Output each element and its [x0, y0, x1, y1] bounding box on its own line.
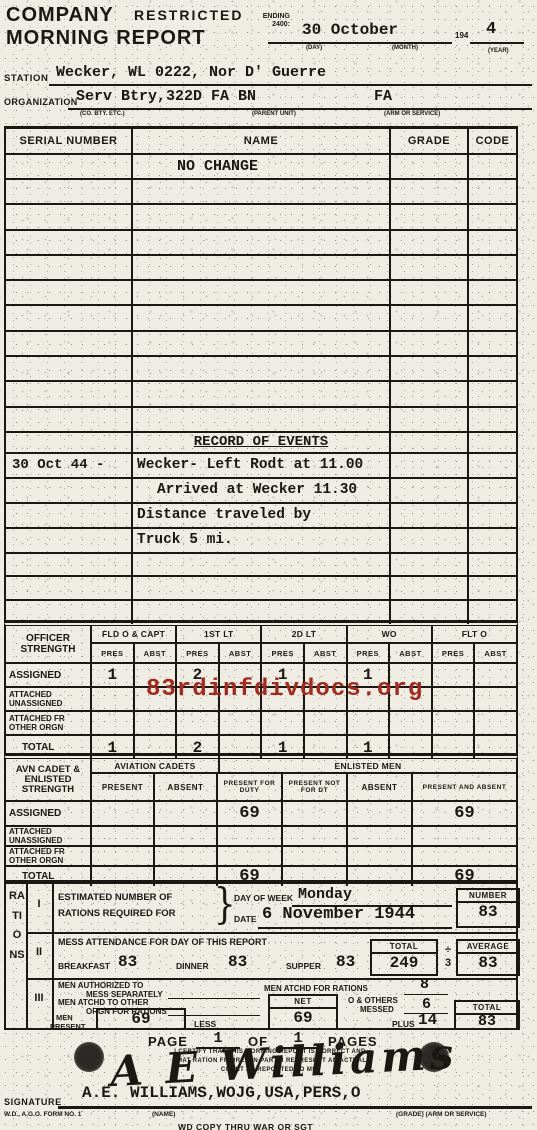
underline — [168, 998, 260, 999]
cell — [153, 847, 216, 865]
cell — [153, 802, 216, 825]
group-aviation-cadets: AVIATION CADETS — [90, 759, 218, 774]
form-title-line1: COMPANY — [6, 4, 114, 27]
station-underline — [49, 84, 532, 86]
subheader-pres: PRES — [346, 644, 389, 662]
blank-row — [6, 577, 516, 601]
enlisted-row-attached-fr-other: ATTACHED FR OTHER ORGN — [6, 847, 516, 867]
col-header-name: NAME — [131, 129, 389, 153]
cell: 1 — [90, 664, 133, 686]
cell — [473, 688, 516, 710]
signature-label: SIGNATURE — [4, 1097, 62, 1107]
divisor: ÷3 — [442, 944, 454, 970]
rations-total-box: TOTAL 83 — [454, 1000, 520, 1030]
subheader-present: PRESENT — [90, 774, 153, 800]
roster-table: SERIAL NUMBER NAME GRADE CODE NO CHANGE … — [4, 126, 518, 622]
number-label: NUMBER — [458, 890, 518, 903]
col-header-serial-number: SERIAL NUMBER — [6, 129, 131, 153]
subheader-present-for-duty: PRESENT FOR DUTY — [216, 774, 281, 800]
year-prefix: 194 — [455, 31, 468, 40]
blank-row — [6, 231, 516, 256]
supper-value: 83 — [336, 953, 355, 971]
rations-row2-numeral: II — [28, 946, 50, 958]
brace: } — [214, 879, 236, 929]
subheader-abst: ABST — [388, 644, 431, 662]
org-caption-unit: (CO. BTY. ETC.) — [80, 111, 125, 117]
subheader-pres: PRES — [431, 644, 474, 662]
grade-arm-caption: (GRADE) (ARM OR SERVICE) — [396, 1111, 487, 1118]
men-atchd-other-line1: MEN ATCHD TO OTHER — [58, 998, 149, 1007]
divider — [26, 978, 516, 980]
date-label: DATE — [234, 914, 257, 924]
row-label: ATTACHED UNASSIGNED — [6, 827, 90, 845]
men-authorized-line1: MEN AUTHORIZED TO — [58, 981, 143, 990]
row-label: ASSIGNED — [6, 802, 90, 825]
subheader-abst: ABST — [133, 644, 176, 662]
punch-hole-left — [74, 1042, 104, 1072]
officer-strength-corner-label: OFFICER STRENGTH — [6, 626, 90, 662]
net-label: NET — [270, 996, 336, 1009]
cell — [218, 712, 261, 734]
cell — [346, 712, 389, 734]
officer-group-flt-o: FLT O — [431, 626, 516, 644]
dinner-label: DINNER — [176, 961, 209, 971]
ending-label-line1: ENDING — [252, 13, 290, 20]
blank-row — [6, 306, 516, 331]
cell — [216, 847, 281, 865]
organization-arm-value: FA — [374, 88, 392, 105]
empty-cell — [6, 479, 131, 502]
plus-label: PLUS — [392, 1019, 415, 1029]
date-underline — [268, 42, 452, 44]
subheader-present-and-absent: PRESENT AND ABSENT — [411, 774, 516, 800]
cell: 69 — [411, 802, 516, 825]
blank-row — [6, 332, 516, 357]
cell — [90, 827, 153, 845]
org-caption-arm: (ARM OR SERVICE) — [384, 111, 440, 117]
row-label: ATTACHED FR OTHER ORGN — [6, 847, 90, 865]
dinner-value: 83 — [228, 953, 247, 971]
cutoff-footer-text: WD COPY THRU WAR OR SGT — [178, 1122, 313, 1130]
row-label: ASSIGNED — [6, 664, 90, 686]
form-title-line2: MORNING REPORT — [6, 27, 206, 50]
day-of-week-label: DAY OF WEEK — [234, 893, 293, 903]
year-caption: (YEAR) — [488, 48, 509, 54]
organization-label: ORGANIZATION — [4, 97, 78, 107]
event-text: Wecker- Left Rodt at 11.00 — [131, 454, 389, 477]
subheader-abst: ABST — [218, 644, 261, 662]
cell — [90, 712, 133, 734]
officer-group-1st-lt: 1ST LT — [175, 626, 260, 644]
total-value: 249 — [372, 954, 436, 972]
cell — [473, 712, 516, 734]
record-of-events-heading: RECORD OF EVENTS — [131, 433, 389, 452]
site-watermark: 83rdinfdivdocs.org — [146, 676, 423, 703]
men-present-box: 69 — [96, 1008, 186, 1030]
blank-row — [6, 281, 516, 306]
ending-label-line2: 2400: — [252, 21, 290, 28]
subheader-abst: ABST — [473, 644, 516, 662]
row-label: ATTACHED UNASSIGNED — [6, 688, 90, 710]
enlisted-corner-label: AVN CADET & ENLISTED STRENGTH — [6, 759, 90, 800]
average-value: 83 — [458, 954, 518, 972]
blank-row — [6, 256, 516, 281]
organization-value: Serv Btry,322D FA BN — [76, 88, 256, 105]
month-caption: (MONTH) — [392, 45, 418, 51]
blank-row — [6, 205, 516, 230]
average-label: AVERAGE — [458, 941, 518, 954]
signature-typed-name: A.E. WILLIAMS,WOJG,USA,PERS,O — [82, 1084, 360, 1102]
number-box: NUMBER 83 — [456, 888, 520, 928]
empty-cell — [6, 504, 131, 527]
organization-underline — [68, 108, 532, 110]
cell — [303, 712, 346, 734]
men-atchd-for-rations-value: 8 — [420, 976, 429, 993]
row-label: ATTACHED FR OTHER ORGN — [6, 712, 90, 734]
cell — [473, 664, 516, 686]
col-header-grade: GRADE — [389, 129, 467, 153]
event-text: Arrived at Wecker 11.30 — [131, 479, 389, 502]
morning-report-document: COMPANY RESTRICTED MORNING REPORT ENDING… — [0, 0, 537, 1130]
rations-required-label-line1: ESTIMATED NUMBER OF — [58, 892, 172, 903]
empty-cell — [467, 155, 516, 178]
total-box: TOTAL 249 — [370, 939, 438, 976]
rations-required-label-line2: RATIONS REQUIRED FOR — [58, 908, 176, 919]
men-present-label-line1: MEN — [56, 1013, 73, 1022]
breakfast-label: BREAKFAST — [58, 961, 110, 971]
empty-cell — [467, 479, 516, 502]
org-caption-parent: (PARENT UNIT) — [252, 111, 296, 117]
empty-cell — [467, 454, 516, 477]
cell — [175, 712, 218, 734]
year-value: 4 — [486, 20, 496, 39]
day-of-week-value: Monday — [298, 886, 352, 903]
cell — [216, 827, 281, 845]
event-text: Distance traveled by — [131, 504, 389, 527]
subheader-abst: ABST — [303, 644, 346, 662]
station-label: STATION — [4, 73, 48, 84]
blank-row — [6, 554, 516, 578]
year-underline — [470, 42, 524, 44]
station-value: Wecker, WL 0222, Nor D' Guerre — [56, 64, 326, 81]
rations-date-value: 6 November 1944 — [262, 905, 415, 924]
breakfast-value: 83 — [118, 953, 137, 971]
empty-cell — [6, 433, 131, 452]
cell: 69 — [216, 802, 281, 825]
men-present-value: 69 — [98, 1010, 184, 1028]
cell — [346, 827, 411, 845]
plus-value: 14 — [418, 1011, 437, 1029]
day-caption: (DAY) — [306, 45, 322, 51]
average-box: AVERAGE 83 — [456, 939, 520, 976]
cell — [281, 827, 346, 845]
roster-entry-value: NO CHANGE — [131, 155, 389, 178]
empty-cell — [467, 529, 516, 552]
roster-header-row: SERIAL NUMBER NAME GRADE CODE — [6, 129, 516, 155]
empty-cell — [467, 504, 516, 527]
subheader-pres: PRES — [260, 644, 303, 662]
subheader-pres: PRES — [90, 644, 133, 662]
number-value: 83 — [458, 903, 518, 921]
subheader-present-not-for-duty: PRESENT NOT FOR DT — [281, 774, 346, 800]
others-messed-line1: O & OTHERS — [348, 996, 398, 1005]
enlisted-row-assigned: ASSIGNED 69 69 — [6, 802, 516, 827]
cell — [411, 847, 516, 865]
blank-row — [6, 382, 516, 407]
enlisted-row-attached-unassigned: ATTACHED UNASSIGNED — [6, 827, 516, 847]
underline — [258, 927, 452, 929]
rations-side-label: RATIONS — [9, 887, 25, 965]
report-date-value: 30 October — [302, 21, 398, 39]
name-caption: (NAME) — [152, 1111, 175, 1118]
empty-cell — [389, 454, 467, 477]
event-date: 30 Oct 44 - — [6, 454, 131, 477]
cell — [388, 712, 431, 734]
record-of-events-heading-row: RECORD OF EVENTS — [6, 433, 516, 454]
men-atchd-for-rations-label: MEN ATCHD FOR RATIONS — [264, 984, 368, 993]
empty-cell — [389, 433, 467, 452]
cell — [431, 712, 474, 734]
divider — [52, 884, 54, 1028]
cell — [281, 847, 346, 865]
rations-row1-numeral: I — [28, 898, 50, 910]
empty-cell — [6, 529, 131, 552]
net-box: NET 69 — [268, 994, 338, 1030]
form-number-caption: W.D., A.G.O. FORM NO. 1 — [4, 1111, 81, 1118]
less-label: LESS — [194, 1019, 216, 1029]
subheader-absent2: ABSENT — [346, 774, 411, 800]
men-present-label-line2: PRESENT — [50, 1022, 85, 1031]
event-text: Truck 5 mi. — [131, 529, 389, 552]
blank-row — [6, 408, 516, 433]
mess-attendance-title: MESS ATTENDANCE FOR DAY OF THIS REPORT — [58, 937, 267, 947]
cell — [260, 712, 303, 734]
cell — [281, 802, 346, 825]
cell — [153, 827, 216, 845]
blank-row — [6, 601, 516, 625]
empty-cell — [6, 155, 131, 178]
cell — [346, 847, 411, 865]
rations-section: RATIONS I II III ESTIMATED NUMBER OF RAT… — [4, 882, 518, 1030]
subheader-absent: ABSENT — [153, 774, 216, 800]
empty-cell — [389, 504, 467, 527]
cell — [90, 802, 153, 825]
empty-cell — [389, 529, 467, 552]
col-header-code: CODE — [467, 129, 516, 153]
total-label: TOTAL — [372, 941, 436, 954]
cell — [90, 688, 133, 710]
officer-group-wo: WO — [346, 626, 431, 644]
cell — [133, 712, 176, 734]
net-value: 69 — [270, 1009, 336, 1027]
cell — [90, 847, 153, 865]
divider — [26, 932, 516, 934]
officer-group-2d-lt: 2D LT — [260, 626, 345, 644]
event-row: Distance traveled by — [6, 504, 516, 529]
cell — [431, 664, 474, 686]
rations-total-value: 83 — [456, 1015, 518, 1029]
cell — [411, 827, 516, 845]
roster-entry-row: NO CHANGE — [6, 155, 516, 180]
blank-row — [6, 357, 516, 382]
supper-label: SUPPER — [286, 961, 321, 971]
underline — [404, 994, 448, 995]
officer-row-attached-fr-other: ATTACHED FR OTHER ORGN — [6, 712, 516, 736]
officer-group-fldo-capt: FLD O & CAPT — [90, 626, 175, 644]
cell — [431, 688, 474, 710]
empty-cell — [389, 479, 467, 502]
empty-cell — [467, 433, 516, 452]
empty-cell — [389, 155, 467, 178]
restricted-stamp: RESTRICTED — [134, 7, 243, 23]
others-messed-line2: MESSED — [360, 1005, 394, 1014]
event-row: 30 Oct 44 - Wecker- Left Rodt at 11.00 — [6, 454, 516, 479]
subheader-pres: PRES — [175, 644, 218, 662]
blank-row — [6, 180, 516, 205]
event-row: Truck 5 mi. — [6, 529, 516, 554]
event-row: Arrived at Wecker 11.30 — [6, 479, 516, 504]
rations-row3-numeral: III — [28, 992, 50, 1004]
group-enlisted-men: ENLISTED MEN — [218, 759, 516, 774]
enlisted-strength-table: AVN CADET & ENLISTED STRENGTH AVIATION C… — [4, 755, 518, 882]
cell — [346, 802, 411, 825]
signature-underline — [58, 1106, 532, 1109]
